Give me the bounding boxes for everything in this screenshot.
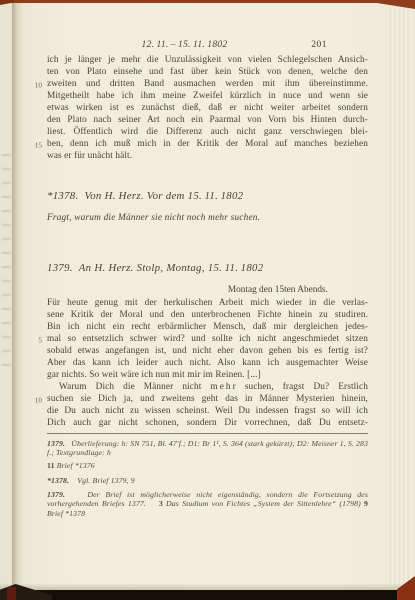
text-line: Dich auch gar nicht schonen, sondern Dir… [33, 417, 368, 429]
text-line: die Du auch nicht zu wissen scheinst. We… [33, 405, 368, 417]
line-text: Warum Dich die Männer nicht m e h r such… [47, 381, 368, 393]
margin-line-number [33, 299, 47, 311]
margin-line-number [33, 359, 47, 371]
line-text: Aber das kann ich leider auch nicht. Als… [47, 357, 368, 369]
letter-1378-heading: *1378. Von H. Herz. Vor dem 15. 11. 1802 [47, 190, 368, 202]
text-line: etwas wirken ist es zunächst dieß, daß e… [33, 102, 368, 114]
text-line: was er für unächt hält. [33, 150, 368, 162]
letter-1377-continuation-text: ich je länger je mehr die Unzulässigkeit… [33, 54, 368, 162]
footnote-text: Überlieferung: h: SN 751, Bl. 47′f.; D1:… [47, 439, 368, 457]
footnote-1378: *1378. Vgl. Brief 1379, 9 [47, 476, 368, 485]
text-line: 15ben, denn ich muß mich in der Kritik d… [33, 138, 368, 150]
text-line: 10suchen sie Dich ja, und zweitens geht … [33, 393, 368, 405]
line-text: Für heute genug mit der herkulischen Arb… [47, 297, 368, 309]
margin-line-number [33, 347, 47, 359]
line-text: ben, denn ich muß mich in der Kritik der… [47, 138, 368, 150]
line-text: suchen sie Dich ja, und zweitens geht da… [47, 393, 368, 405]
text-line: 5mal so entsetzlich schwer wird? und sol… [33, 333, 368, 345]
margin-line-number: 10 [33, 80, 47, 92]
margin-line-number: 5 [33, 335, 47, 347]
footnote-line-11: 11 Brief *1376 [47, 461, 368, 470]
text-line: Aber das kann ich leider auch nicht. Als… [33, 357, 368, 369]
book-cover-bottom-edge [0, 590, 415, 600]
text-line: sobald etwas angefangen ist, und nicht e… [33, 345, 368, 357]
line-text: ten von Plato einsehe und fast über kein… [47, 66, 368, 78]
letter-1379-heading: 1379. An H. Herz. Stolp, Montag, 15. 11.… [47, 262, 368, 274]
text-line: Mitgetheilt habe ich ihm meine Zweifel k… [33, 90, 368, 102]
running-head: 12. 11. – 15. 11. 1802 201 [33, 40, 368, 54]
footnote-1379: 1379. Der Brief ist möglicherweise nicht… [47, 490, 368, 518]
footnote-number: 9 [364, 499, 368, 508]
margin-line-number [33, 407, 47, 419]
line-text: ich je länger je mehr die Unzulässigkeit… [47, 54, 368, 66]
text-line: sene Kritik der Moral und den unterbroch… [33, 309, 368, 321]
line-text: Mitgetheilt habe ich ihm meine Zweifel k… [47, 90, 368, 102]
book-page-photo: 12. 11. – 15. 11. 1802 201 ich je länger… [0, 0, 415, 600]
margin-line-number [33, 383, 47, 395]
margin-line-number [33, 323, 47, 335]
margin-line-number: 10 [33, 395, 47, 407]
running-head-date: 12. 11. – 15. 11. 1802 [17, 40, 352, 50]
margin-line-number [33, 68, 47, 80]
margin-line-number [33, 92, 47, 104]
margin-line-number: 15 [33, 140, 47, 152]
line-text: sobald etwas angefangen ist, und nicht e… [47, 345, 368, 357]
text-line: ich je länger je mehr die Unzulässigkeit… [33, 54, 368, 66]
text-line: ten von Plato einsehe und fast über kein… [33, 66, 368, 78]
page-number: 201 [311, 40, 327, 50]
book-cover-bottom-left-red [7, 587, 16, 600]
margin-line-number [33, 104, 47, 116]
text-line: den Plato nach seiner Art noch ein Paarm… [33, 114, 368, 126]
text-line: 10zweiten und dritten Band ausmachen wer… [33, 78, 368, 90]
footnote-separator-rule [47, 433, 368, 434]
line-text: liest. Öffentlich wird die Differenz auc… [47, 126, 368, 138]
footnote-text: Vgl. Brief 1379, 9 [69, 476, 135, 485]
margin-line-number [33, 371, 47, 383]
line-text: den Plato nach seiner Art noch ein Paarm… [47, 114, 368, 126]
margin-line-number [33, 311, 47, 323]
line-text: zweiten und dritten Band ausmachen werde… [47, 78, 368, 90]
page-content: 12. 11. – 15. 11. 1802 201 ich je länger… [33, 0, 368, 600]
margin-line-number [33, 152, 47, 164]
line-text: etwas wirken ist es zunächst dieß, daß e… [47, 102, 368, 114]
margin-line-number [33, 128, 47, 140]
line-text: Dich auch gar nicht schonen, sondern Dir… [47, 417, 368, 429]
text-line: Für heute genug mit der herkulischen Arb… [33, 297, 368, 309]
footnote-number: 1379. [47, 490, 65, 499]
footnote-text: Brief *1376 [55, 461, 95, 470]
line-text: die Du auch nicht zu wissen scheinst. We… [47, 405, 368, 417]
margin-line-number [33, 419, 47, 431]
line-text: mal so entsetzlich schwer wird? und soll… [47, 333, 368, 345]
line-text: Bin ich nicht ein recht erbärmlicher Men… [47, 321, 368, 333]
facing-page-text-ghost [2, 148, 11, 378]
text-line: gar nichts. So weit wäre ich nun mit mir… [33, 369, 368, 381]
footnote-number: *1378. [47, 476, 69, 485]
text-line: Warum Dich die Männer nicht m e h r such… [33, 381, 368, 393]
line-text: sene Kritik der Moral und den unterbroch… [47, 309, 368, 321]
margin-line-number [33, 56, 47, 68]
gutter-shadow [12, 0, 23, 600]
page-stack-right-edge [386, 8, 412, 586]
footnote-number: 11 [47, 461, 55, 470]
footnote-number: 1379. [47, 439, 65, 448]
letter-1379-dateline: Montag den 15ten Abends. [47, 285, 368, 295]
letter-1379-text: Für heute genug mit der herkulischen Arb… [33, 297, 368, 429]
line-text: was er für unächt hält. [47, 150, 368, 162]
footnote-text: Brief *1378 [47, 509, 85, 518]
text-line: Bin ich nicht ein recht erbärmlicher Men… [33, 321, 368, 333]
letter-1378-summary: Fragt, warum die Männer sie nicht noch m… [47, 213, 368, 223]
footnote-text: Das Studium von Fichtes „System der Sitt… [163, 499, 364, 508]
line-text: gar nichts. So weit wäre ich nun mit mir… [47, 369, 368, 381]
text-line: liest. Öffentlich wird die Differenz auc… [33, 126, 368, 138]
footnote-ueberlieferung: 1379. Überlieferung: h: SN 751, Bl. 47′f… [47, 439, 368, 458]
margin-line-number [33, 116, 47, 128]
